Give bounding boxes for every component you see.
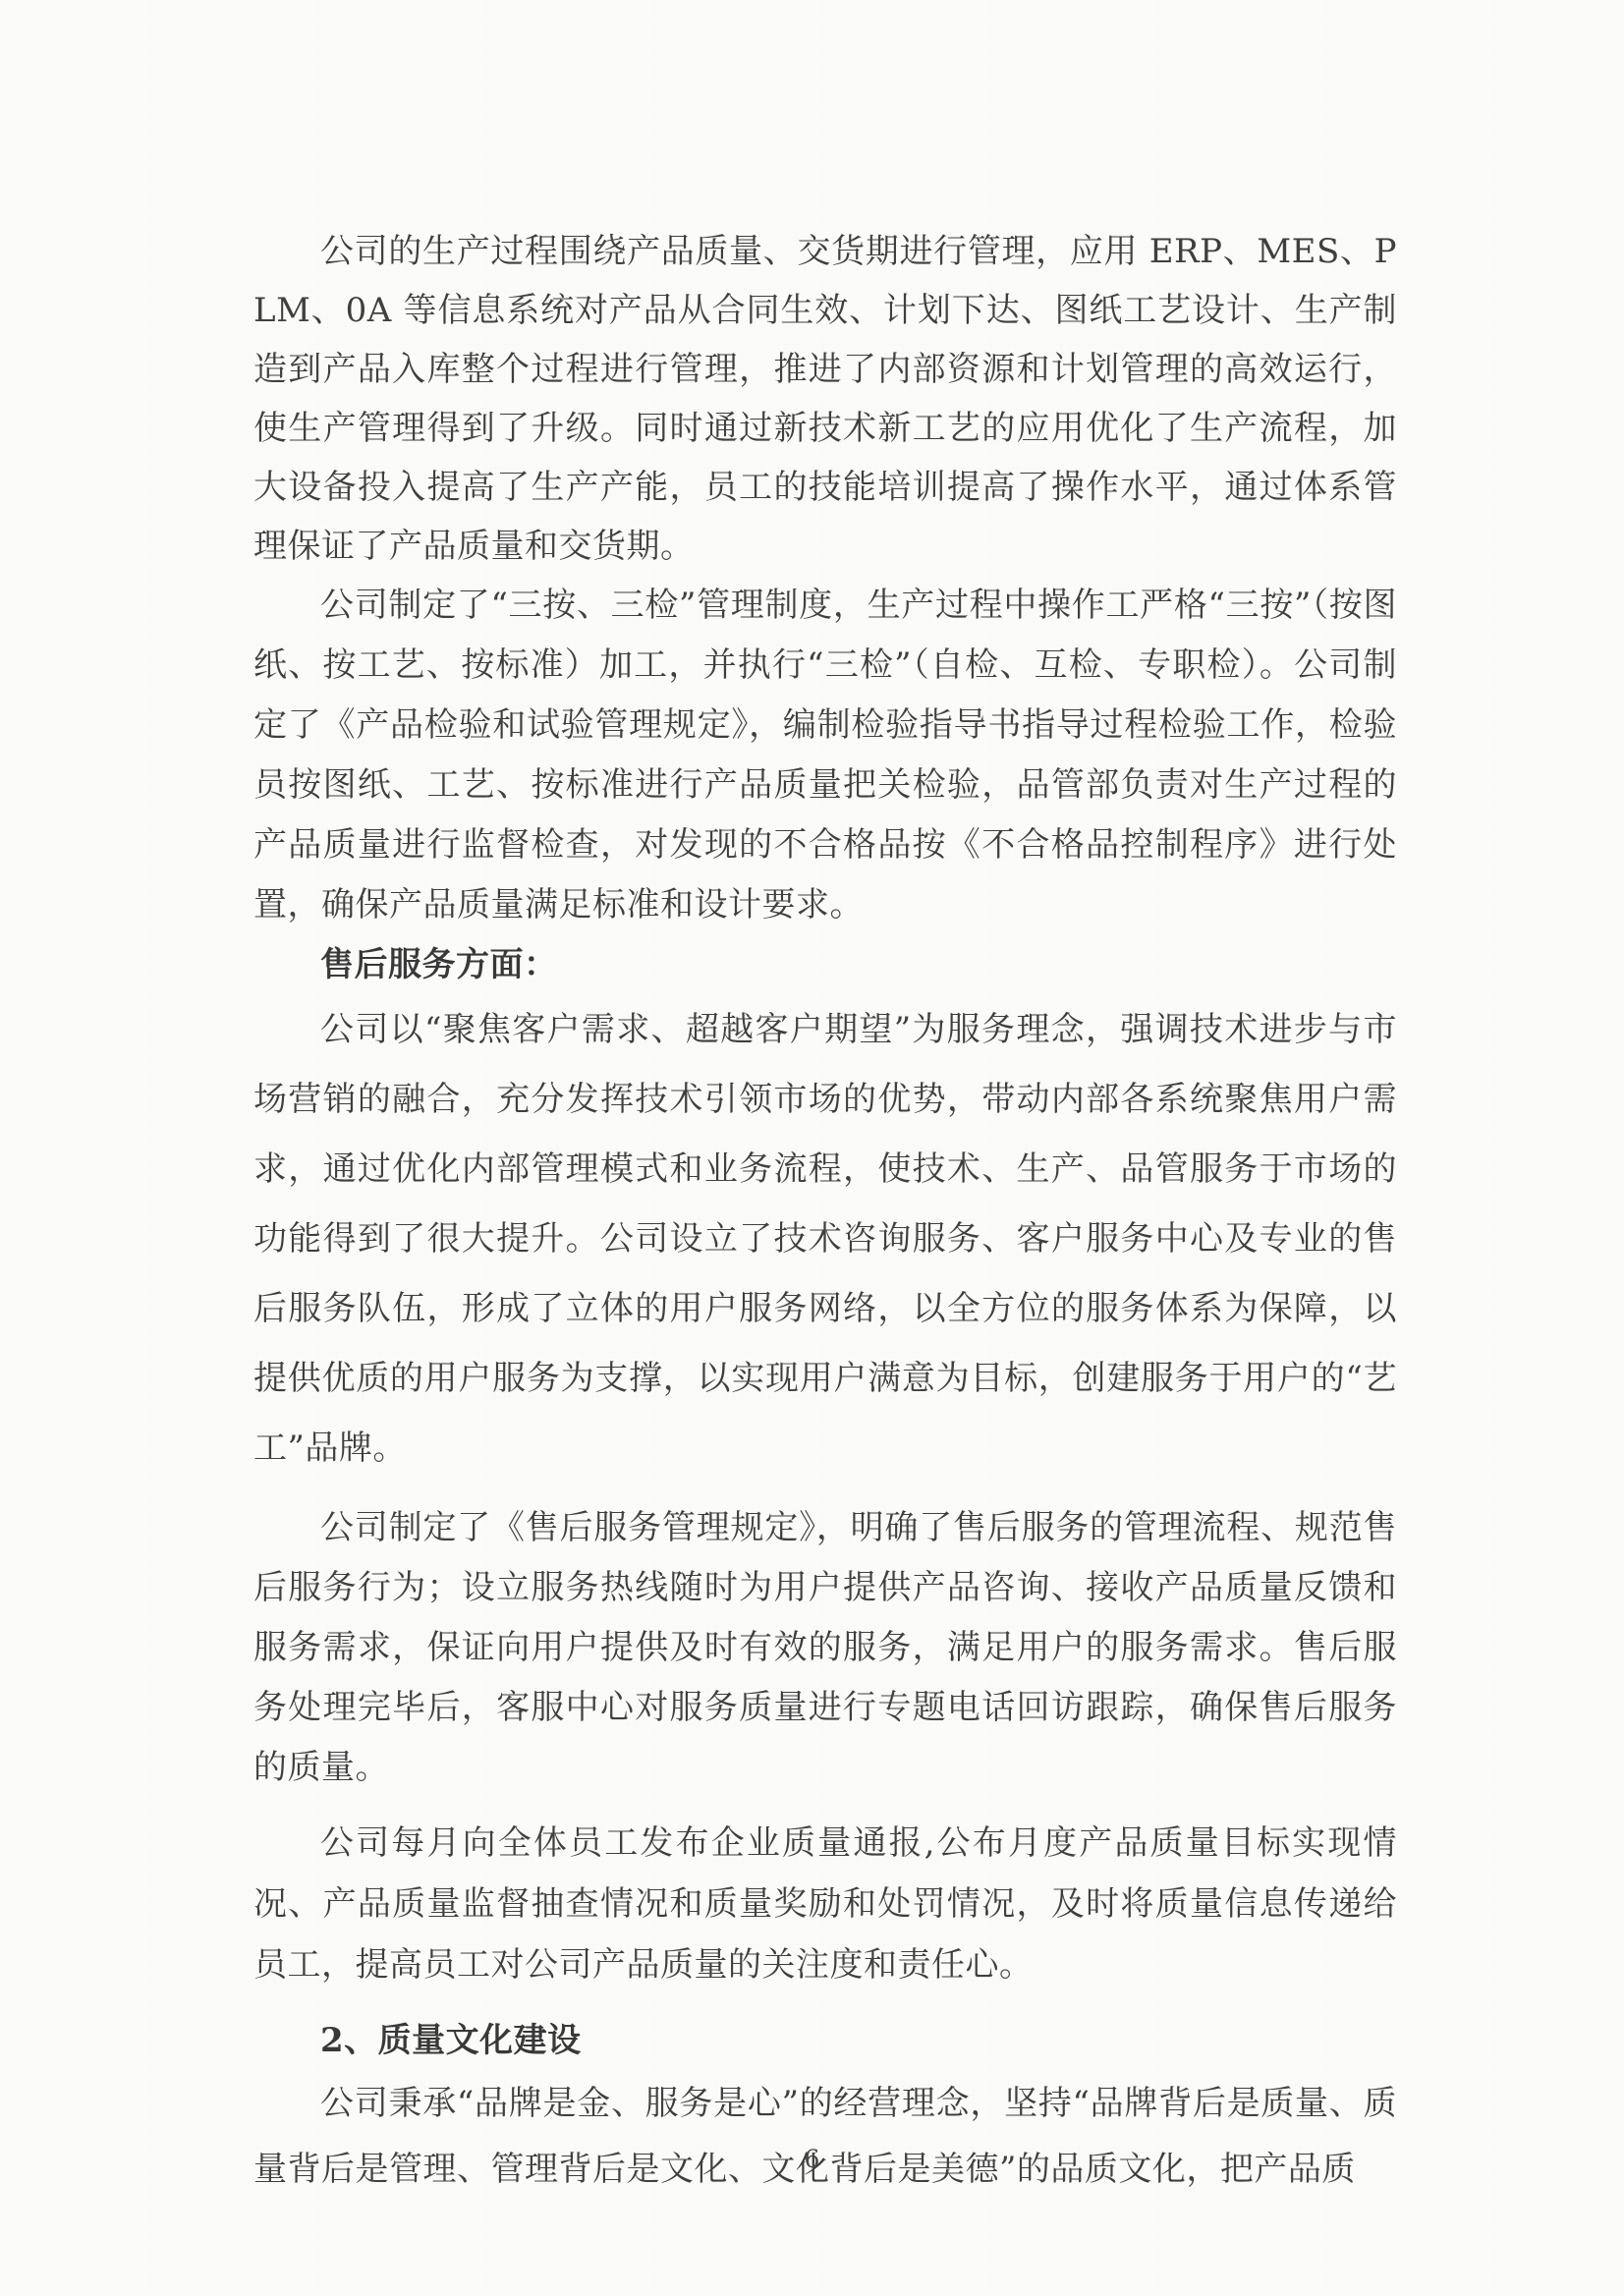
page-number: 6: [0, 2145, 1624, 2173]
paragraph-quality-culture-philosophy: 公司秉承“品牌是金、服务是心”的经营理念，坚持“品牌背后是质量、质量背后是管理、…: [253, 2071, 1397, 2203]
paragraph-after-sales-service-regulation: 公司制定了《售后服务管理规定》，明确了售后服务的管理流程、规范售后服务行为；设立…: [253, 1498, 1397, 1798]
heading-quality-culture-construction: 2、质量文化建设: [253, 2011, 1397, 2071]
paragraph-service-philosophy: 公司以“聚焦客户需求、超越客户期望”为服务理念，强调技术进步与市场营销的融合，充…: [253, 995, 1397, 1484]
paragraph-production-process-management: 公司的生产过程围绕产品质量、交货期进行管理，应用 ERP、MES、PLM、0A …: [253, 222, 1397, 576]
paragraph-monthly-quality-bulletin: 公司每月向全体员工发布企业质量通报,公布月度产品质量目标实现情况、产品质量监督抽…: [253, 1813, 1397, 1995]
document-text-block: 公司的生产过程围绕产品质量、交货期进行管理，应用 ERP、MES、PLM、0A …: [253, 222, 1397, 2203]
heading-after-sales-service: 售后服务方面：: [253, 935, 1397, 995]
paragraph-three-checks-inspection-system: 公司制定了“三按、三检”管理制度，生产过程中操作工严格“三按”（按图纸、按工艺、…: [253, 576, 1397, 935]
scanned-document-page: { "document": { "paragraphs": { "p1": "公…: [0, 0, 1624, 2296]
